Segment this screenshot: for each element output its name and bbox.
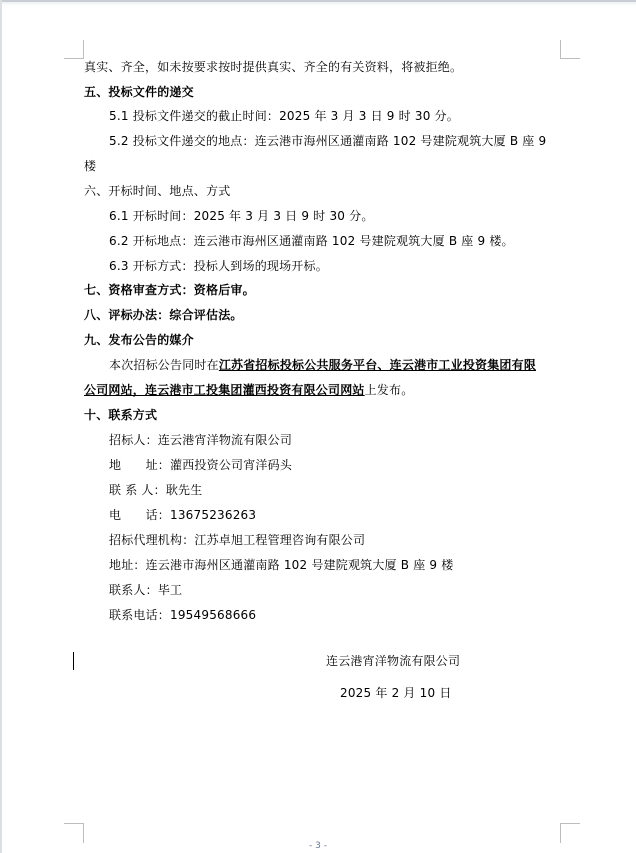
paragraph-text: 5.1 投标文件递交的截止时间：2025 年 3 月 3 日 9 时 30 分。 (109, 108, 459, 124)
paragraph-text: 5.2 投标文件递交的地点：连云港市海州区通灌南路 102 号建院观筑大厦 B … (109, 133, 546, 149)
contact-label: 地址： (109, 558, 146, 572)
contact-value: 19549568666 (170, 608, 256, 622)
contact-label: 招标人： (109, 433, 158, 447)
paragraph-text: 6.3 开标方式：投标人到场的现场开标。 (109, 258, 328, 274)
agency-name: 招标代理机构：江苏卓旭工程管理咨询有限公司 (109, 532, 365, 548)
contact-value: 13675236263 (170, 508, 256, 522)
contact-value: 毕工 (158, 583, 182, 597)
media-suffix: 上发布。 (365, 383, 414, 397)
section-heading-8: 八、评标办法：综合评估法。 (84, 307, 243, 323)
media-prefix: 本次招标公告同时在 (109, 358, 219, 372)
section-heading-5: 五、投标文件的递交 (84, 84, 194, 100)
agency-contact-person: 联系人：毕工 (109, 582, 182, 598)
signature-company: 连云港宵洋物流有限公司 (326, 653, 460, 669)
contact-label: 联系人： (109, 583, 158, 597)
signature-date: 2025 年 2 月 10 日 (340, 685, 452, 701)
paragraph-text: 楼 (84, 158, 96, 174)
section-heading-6: 六、开标时间、地点、方式 (84, 183, 230, 199)
window-top-shadow (0, 2, 636, 6)
window-left-border (0, 0, 2, 853)
contact-address: 地 址：灌西投资公司宵洋码头 (109, 457, 292, 473)
paragraph-text: 6.2 开标地点：连云港市海州区通灌南路 102 号建院观筑大厦 B 座 9 楼… (109, 233, 514, 249)
contact-label: 联 系 人： (109, 483, 166, 497)
section-heading-9: 九、发布公告的媒介 (84, 332, 194, 348)
contact-value: 江苏卓旭工程管理咨询有限公司 (194, 533, 365, 547)
contact-value: 连云港市海州区通灌南路 102 号建院观筑大厦 B 座 9 楼 (146, 558, 454, 572)
paragraph-text: 真实、齐全，如未按要求按时提供真实、齐全的有关资料，将被拒绝。 (84, 59, 462, 75)
paragraph-text: 6.1 开标时间：2025 年 3 月 3 日 9 时 30 分。 (109, 208, 374, 224)
section-heading-10: 十、联系方式 (84, 407, 157, 423)
text-cursor (73, 652, 74, 670)
contact-label: 电 话： (109, 508, 170, 522)
page-number: - 3 - (0, 841, 636, 851)
contact-label: 招标代理机构： (109, 533, 194, 547)
contact-value: 耿先生 (166, 483, 203, 497)
contact-person: 联 系 人：耿先生 (109, 482, 202, 498)
media-paragraph-line-2: 公司网站，连云港市工投集团灌西投资有限公司网站上发布。 (84, 382, 413, 398)
agency-address: 地址：连云港市海州区通灌南路 102 号建院观筑大厦 B 座 9 楼 (109, 557, 453, 573)
contact-value: 灌西投资公司宵洋码头 (170, 458, 292, 472)
media-platforms-underlined: 江苏省招标投标公共服务平台、连云港市工业投资集团有限 (219, 358, 536, 372)
contact-value: 连云港宵洋物流有限公司 (158, 433, 292, 447)
contact-tenderer: 招标人：连云港宵洋物流有限公司 (109, 432, 292, 448)
media-paragraph-line-1: 本次招标公告同时在江苏省招标投标公共服务平台、连云港市工业投资集团有限 (109, 357, 536, 373)
contact-label: 地 址： (109, 458, 170, 472)
contact-phone: 电 话：13675236263 (109, 507, 256, 523)
section-heading-7: 七、资格审查方式：资格后审。 (84, 282, 255, 298)
contact-label: 联系电话： (109, 608, 170, 622)
agency-phone: 联系电话：19549568666 (109, 607, 256, 623)
media-websites-underlined: 公司网站，连云港市工投集团灌西投资有限公司网站 (84, 383, 365, 397)
